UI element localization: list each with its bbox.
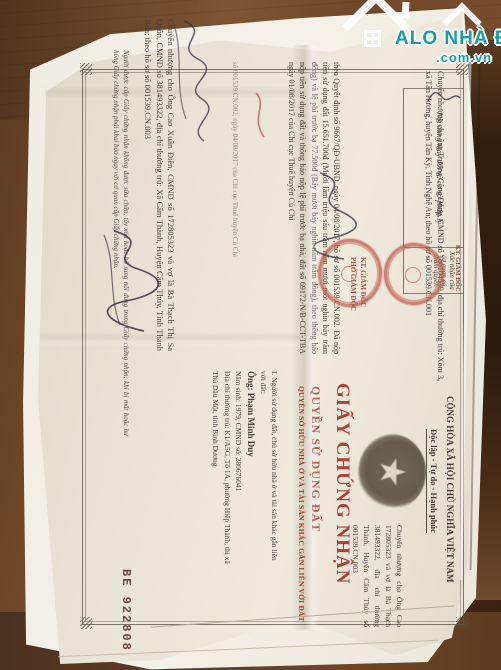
red-seal-icon (384, 243, 444, 305)
photo: Nội dung thay đổi và cơ sở pháp lý Xác n… (0, 0, 501, 670)
stamp-title-2: KT. GIÁM ĐỐC (453, 245, 462, 292)
stamp-subtitle: PHÓ GIÁM ĐỐC (348, 257, 358, 311)
owner-birth-id: Năm sinh: 1979, CMND số: 280676041 (233, 371, 244, 569)
frame-corner-ornament (80, 63, 92, 75)
transfer-record-1: Chuyển nhượng cho ông Trương Công Dũng, … (423, 71, 446, 381)
watermark-brand: ALO NHÀ ĐẤT (395, 28, 501, 50)
house-window-bar (364, 37, 381, 40)
owner-section-heading: I. Người sử dụng đất, chủ sở hữu nhà ở v… (258, 371, 281, 569)
stamp-text-block: KT. GIÁM ĐỐC PHÓ GIÁM ĐỐC (348, 257, 368, 311)
star-icon (378, 458, 406, 486)
certificate-title: GIẤY CHỨNG NHẬN (328, 383, 356, 584)
watermark-domain: .com.vn (436, 50, 492, 65)
rotated-page-content: Nội dung thay đổi và cơ sở pháp lý Xác n… (40, 5, 464, 655)
owner-name: Ông: Phạm Minh Duy (244, 371, 258, 569)
frame-corner-ornament (456, 617, 468, 629)
handwritten-date (426, 89, 462, 107)
handwritten-note (166, 15, 218, 145)
vietnam-emblem-icon (358, 434, 426, 510)
paper-crease (40, 332, 302, 348)
watermark: ALO NHÀ ĐẤT .com.vn (298, 0, 501, 72)
seal-center-icon (405, 267, 421, 283)
owner-address: Địa chỉ thường trú: K1/A5G, Tổ 1A, phườn… (210, 371, 233, 569)
national-motto: Độc lập - Tự do - Hạnh phúc (426, 429, 440, 533)
frame-corner-ornament (80, 617, 92, 629)
stamp-title: KT. GIÁM ĐỐC (358, 257, 368, 311)
paper-crease (45, 86, 300, 98)
transfer-record-2-note: số 001539.CN.002, ngày 04/08/2017 của Ch… (230, 62, 240, 342)
national-title: CỘNG HÒA XÃ HỘI CHỦ NGHĨA VIỆT NAM (443, 396, 456, 582)
handwritten-signature (96, 223, 166, 335)
owner-section: I. Người sử dụng đất, chủ sở hữu nhà ở v… (210, 371, 280, 569)
serial-number: BE 922808 (117, 569, 134, 652)
house-chimney-icon (401, 2, 409, 18)
